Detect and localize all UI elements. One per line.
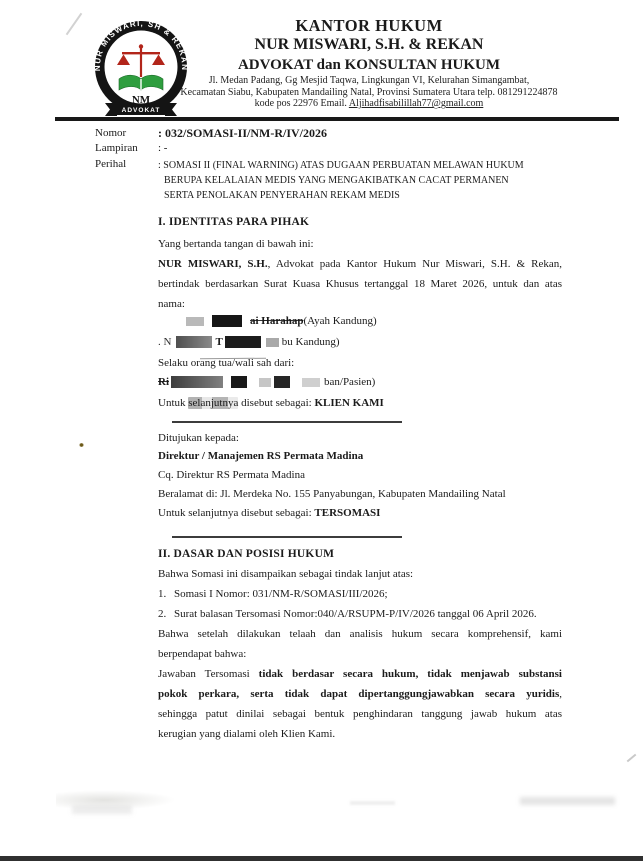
- address-line-1: Jl. Medan Padang, Gg Mesjid Taqwa, Lingk…: [150, 75, 588, 87]
- perihal-label: Perihal: [95, 158, 126, 170]
- perihal-value: : SOMASI II (FINAL WARNING) ATAS DUGAAN …: [158, 158, 570, 203]
- conclusion-line-2: pokok perkara, serta tidak dapat diperta…: [158, 688, 562, 700]
- email-text: Aljihadfisabilillah77@gmail.com: [349, 98, 483, 109]
- letterhead: KANTOR HUKUM NUR MISWARI, S.H. & REKAN A…: [150, 17, 588, 110]
- party-2-visible-letter: T: [215, 336, 222, 348]
- firm-subtitle-line: ADVOKAT dan KONSULTAN HUKUM: [150, 55, 588, 75]
- redaction-block: [259, 378, 271, 387]
- postal-code-text: kode pos 22976 Email.: [255, 98, 349, 109]
- nomor-value: : 032/SOMASI-II/NM-R/IV/2026: [158, 126, 327, 141]
- address-line-2: Kecamatan Siabu, Kabupaten Mandailing Na…: [150, 87, 588, 99]
- party-1-row: ai Harahap (Ayah Kandung): [158, 315, 562, 327]
- redaction-block: [176, 336, 212, 348]
- document-page: NUR MISWARI, SH & REKAN NM ADVOKA: [0, 0, 643, 861]
- section-divider: [172, 536, 402, 538]
- redaction-block: [302, 378, 320, 387]
- address-line-3: kode pos 22976 Email. Aljihadfisabililla…: [150, 98, 588, 110]
- conclusion-line-3: sehingga patut dinilai sebagai bentuk pe…: [158, 708, 562, 720]
- conclusion-normal-start: Jawaban Tersomasi: [158, 668, 259, 680]
- redaction-block: [186, 317, 204, 326]
- addressee-cq-line: Cq. Direktur RS Permata Madina: [158, 469, 562, 481]
- lampiran-value: : -: [158, 142, 167, 154]
- redaction-block: [266, 338, 279, 347]
- scan-artifact: [72, 806, 132, 814]
- advocate-line-2: bertindak berdasarkan Surat Kuasa Khusus…: [158, 278, 562, 290]
- section-2-intro: Bahwa Somasi ini disampaikan sebagai tin…: [158, 568, 562, 580]
- section-1-intro: Yang bertanda tangan di bawah ini:: [158, 238, 562, 250]
- klien-term: KLIEN KAMI: [314, 397, 383, 409]
- klien-prefix: Untuk: [158, 397, 188, 409]
- party-1-role: (Ayah Kandung): [303, 315, 376, 327]
- conclusion-comma: ,: [559, 688, 562, 700]
- scan-artifact: [79, 443, 84, 447]
- advocate-line-1: NUR MISWARI, S.H., Advokat pada Kantor H…: [158, 258, 562, 270]
- redaction-block: [274, 376, 290, 388]
- redaction-block: [225, 336, 261, 348]
- tersomasi-prefix: Untuk selanjutnya disebut sebagai:: [158, 507, 314, 519]
- perihal-line-1: : SOMASI II (FINAL WARNING) ATAS DUGAAN …: [158, 158, 570, 173]
- list-item: 2. Surat balasan Tersomasi Nomor:040/A/R…: [158, 608, 562, 620]
- scan-artifact: [56, 790, 176, 810]
- list-item-number: 1.: [158, 588, 174, 600]
- party-2-role-fragment: bu Kandung): [282, 336, 340, 348]
- perihal-line-2: BERUPA KELALAIAN MEDIS YANG MENGAKIBATKA…: [158, 173, 570, 188]
- scan-edge-bar: [0, 856, 643, 861]
- scan-artifact: [520, 797, 615, 805]
- redaction-block: [171, 376, 223, 388]
- scan-artifact: [627, 754, 637, 763]
- firm-name-line: NUR MISWARI, S.H. & REKAN: [150, 35, 588, 55]
- perihal-line-3: SERTA PENOLAKAN PENYERAHAN REKAM MEDIS: [158, 188, 570, 203]
- section-2-heading: II. DASAR DAN POSISI HUKUM: [158, 548, 562, 560]
- addressee-name: Direktur / Manajemen RS Permata Madina: [158, 450, 562, 462]
- party-2-prefix: . N: [158, 336, 171, 348]
- conclusion-bold-1: tidak berdasar secara hukum, tidak menja…: [259, 668, 562, 680]
- klien-line: Untuk selanjutnya disebut sebagai: KLIEN…: [158, 397, 562, 409]
- list-item-text: Somasi I Nomor: 031/NM-R/SOMASI/III/2026…: [174, 588, 388, 600]
- list-item-number: 2.: [158, 608, 174, 620]
- letterhead-rule: [55, 117, 619, 121]
- klien-smudged-word: selanjutnya: [188, 397, 238, 409]
- advocate-line-1-rest: , Advokat pada Kantor Hukum Nur Miswari,…: [268, 258, 562, 270]
- tersomasi-line: Untuk selanjutnya disebut sebagai: TERSO…: [158, 507, 562, 519]
- tersomasi-term: TERSOMASI: [314, 507, 380, 519]
- section-1-heading: I. IDENTITAS PARA PIHAK: [158, 216, 562, 228]
- conclusion-line-1: Jawaban Tersomasi tidak berdasar secara …: [158, 668, 562, 680]
- klien-rest: disebut sebagai:: [238, 397, 314, 409]
- redaction-block: [231, 376, 247, 388]
- conclusion-line-4: kerugian yang dialami oleh Klien Kami.: [158, 728, 562, 740]
- advocate-name: NUR MISWARI, S.H.: [158, 258, 268, 270]
- scan-artifact: [66, 13, 83, 35]
- patient-role-fragment: ban/Pasien): [324, 376, 375, 388]
- addressee-address: Beralamat di: Jl. Merdeka No. 155 Panyab…: [158, 488, 562, 500]
- party-1-name-fragment: ai Harahap: [250, 315, 303, 327]
- nomor-label: Nomor: [95, 127, 126, 139]
- advocate-line-3: nama:: [158, 298, 562, 310]
- section-divider: [172, 421, 402, 423]
- conclusion-bold-2: pokok perkara, serta tidak dapat diperta…: [158, 688, 559, 700]
- scan-artifact: [350, 801, 395, 805]
- analysis-line-2: berpendapat bahwa:: [158, 648, 562, 660]
- guardian-intro: Selaku orang tua/wali sah dari:: [158, 357, 562, 369]
- office-type-line: KANTOR HUKUM: [150, 17, 588, 35]
- redaction-block: [212, 315, 242, 327]
- lampiran-label: Lampiran: [95, 142, 138, 154]
- list-item-text: Surat balasan Tersomasi Nomor:040/A/RSUP…: [174, 608, 537, 620]
- addressee-intro: Ditujukan kepada:: [158, 432, 562, 444]
- analysis-line-1: Bahwa setelah dilakukan telaah dan anali…: [158, 628, 562, 640]
- patient-row: Ri ban/Pasien): [158, 376, 562, 388]
- list-item: 1. Somasi I Nomor: 031/NM-R/SOMASI/III/2…: [158, 588, 562, 600]
- patient-prefix: Ri: [158, 376, 169, 388]
- party-2-row: . N T bu Kandung): [158, 336, 562, 348]
